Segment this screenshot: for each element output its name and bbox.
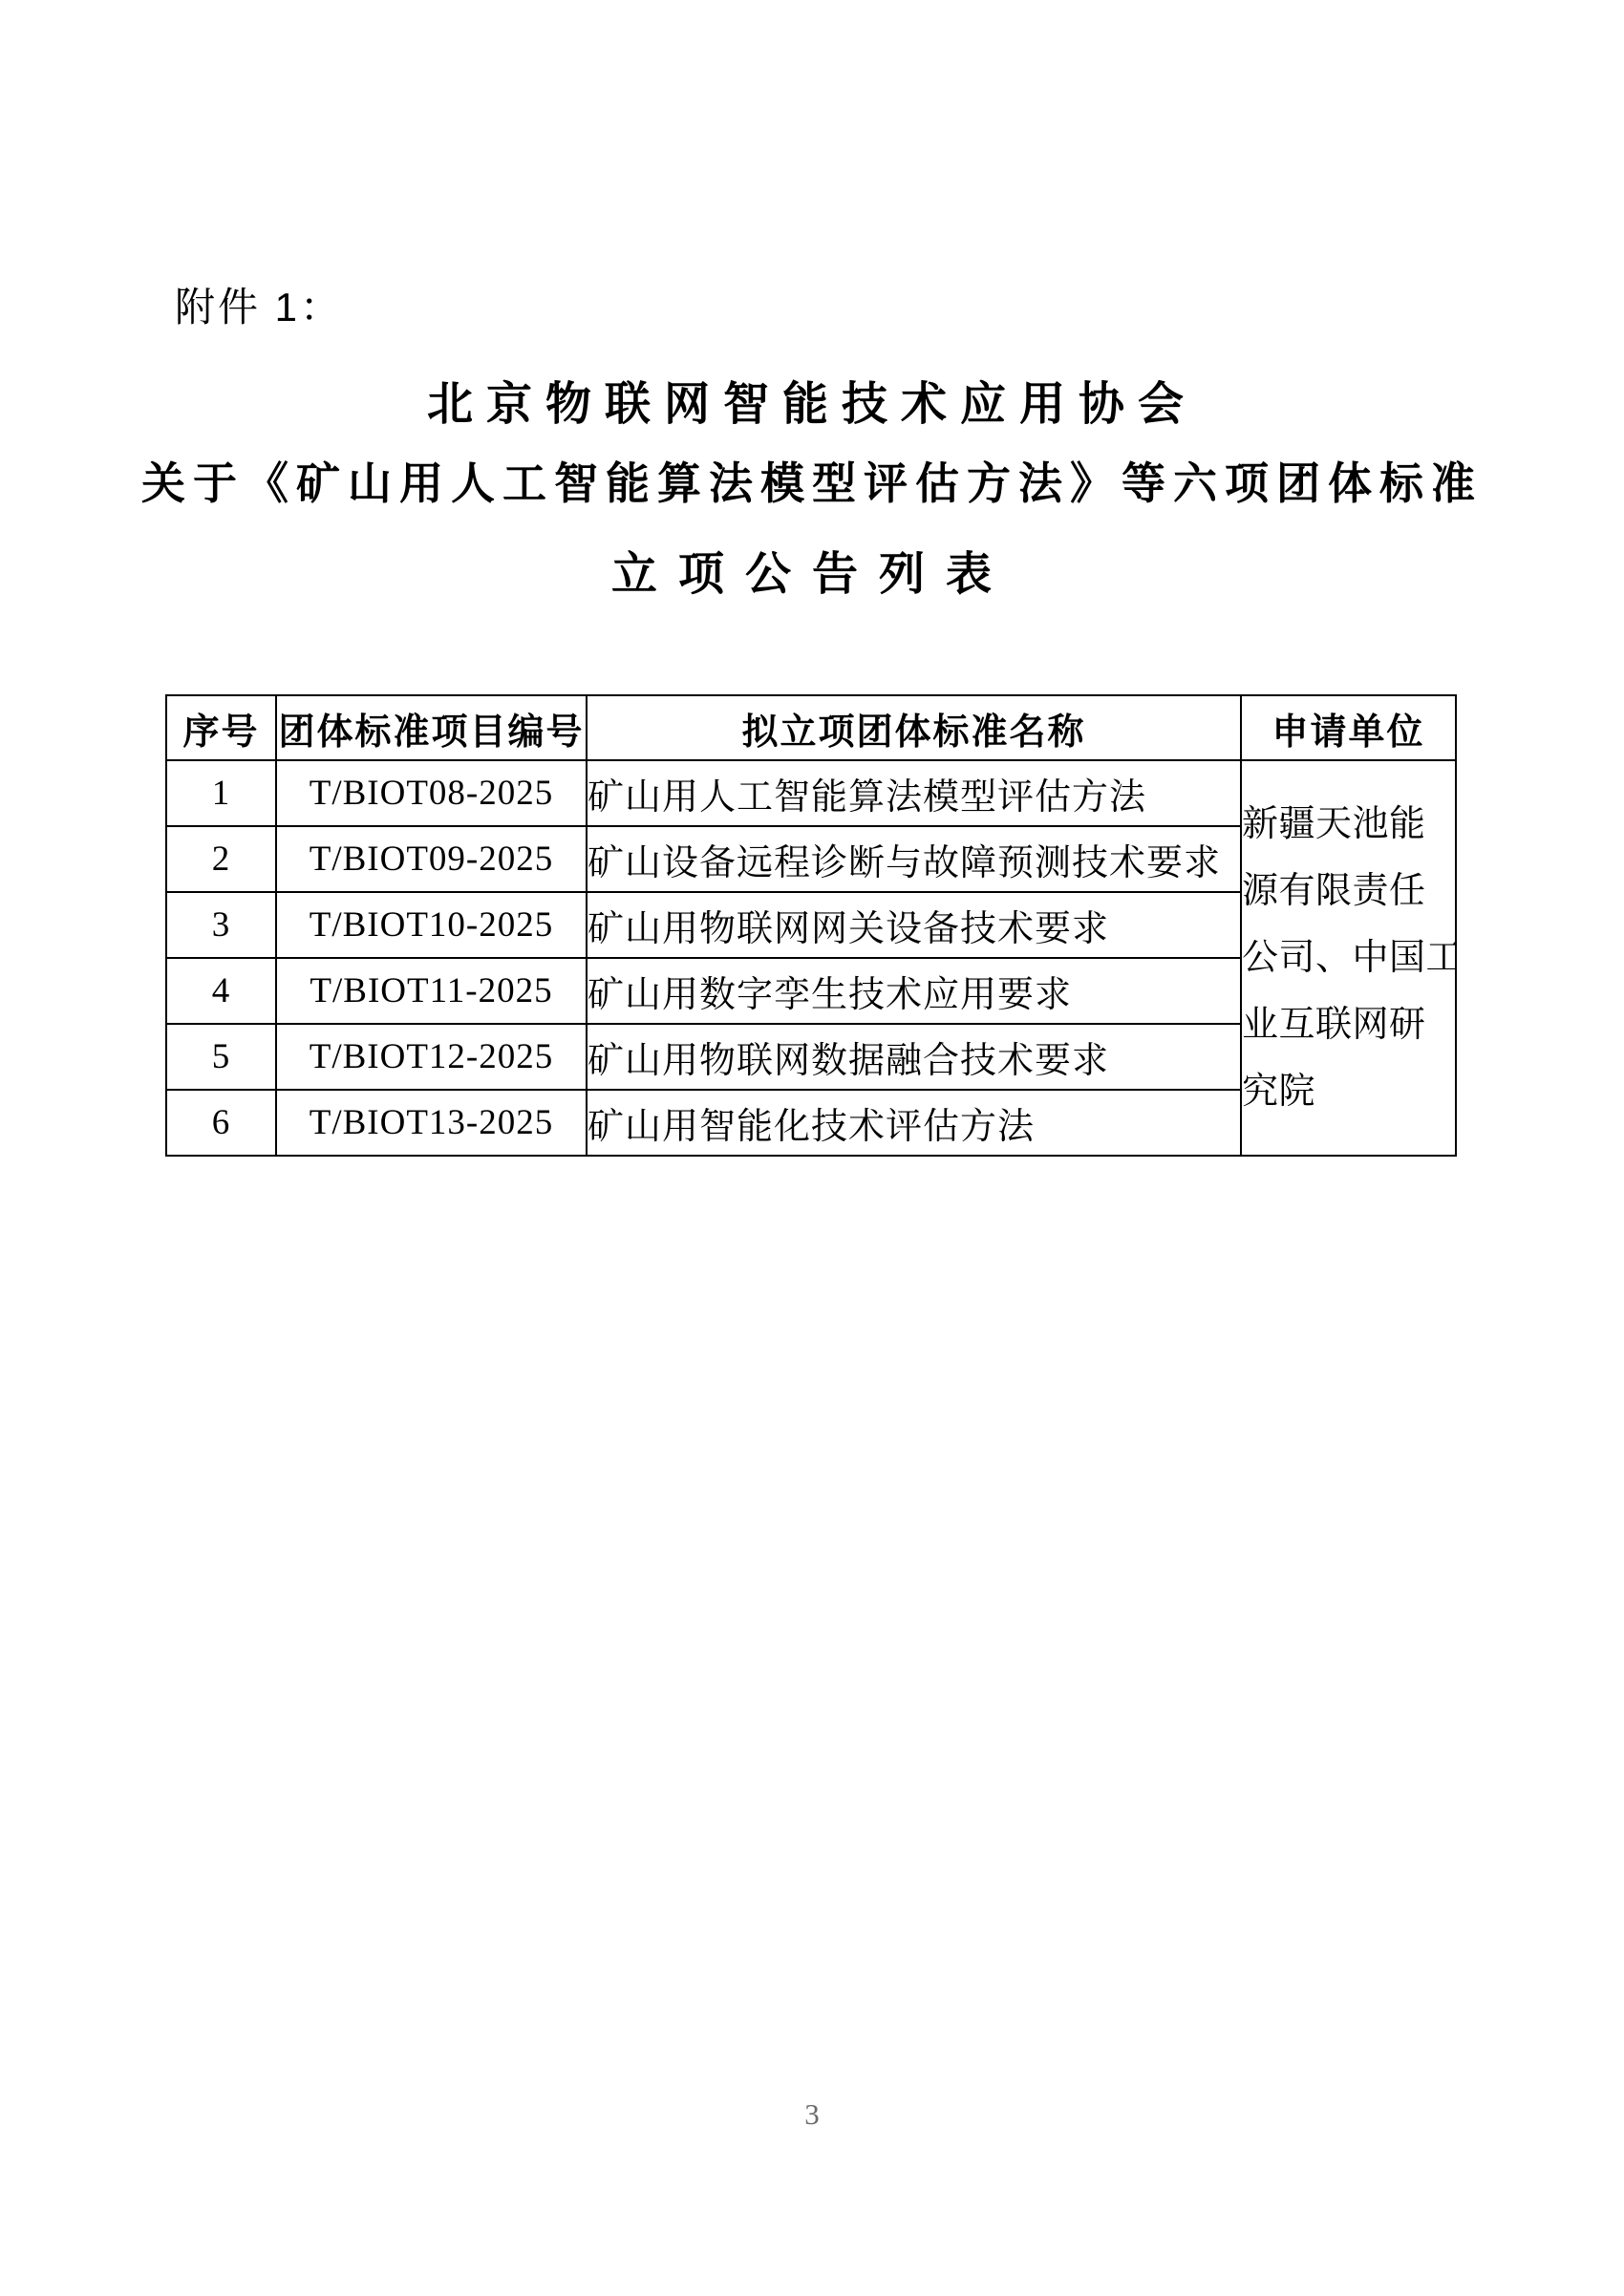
- cell-standard-code: T/BIOT13-2025: [276, 1090, 587, 1156]
- cell-standard-code: T/BIOT11-2025: [276, 958, 587, 1024]
- table-row: 1 T/BIOT08-2025 矿山用人工智能算法模型评估方法 新疆天池能 源有…: [166, 760, 1456, 826]
- applicant-line: 公司、中国工: [1242, 925, 1455, 991]
- applicant-line: 新疆天池能: [1242, 791, 1455, 858]
- document-page: 附件 1： 北京物联网智能技术应用协会 关于《矿山用人工智能算法模型评估方法》等…: [0, 0, 1624, 2296]
- table-header-row: 序号 团体标准项目编号 拟立项团体标准名称 申请单位: [166, 695, 1456, 760]
- cell-standard-name: 矿山用人工智能算法模型评估方法: [587, 760, 1241, 826]
- page-number: 3: [0, 2097, 1624, 2132]
- cell-row-no: 2: [166, 826, 276, 892]
- applicant-line: 究院: [1242, 1058, 1455, 1125]
- applicant-line: 源有限责任: [1242, 858, 1455, 925]
- cell-row-no: 1: [166, 760, 276, 826]
- cell-standard-name: 矿山设备远程诊断与故障预测技术要求: [587, 826, 1241, 892]
- cell-standard-code: T/BIOT12-2025: [276, 1024, 587, 1090]
- cell-standard-name: 矿山用数字孪生技术应用要求: [587, 958, 1241, 1024]
- cell-applicant-merged: 新疆天池能 源有限责任 公司、中国工 业互联网研 究院: [1241, 760, 1456, 1156]
- standards-table: 序号 团体标准项目编号 拟立项团体标准名称 申请单位 1 T/BIOT08-20…: [165, 694, 1457, 1157]
- doc-title-line-1: 北京物联网智能技术应用协会: [0, 367, 1624, 433]
- cell-standard-name: 矿山用物联网网关设备技术要求: [587, 892, 1241, 958]
- doc-title-line-3: 立项公告列表: [0, 537, 1624, 603]
- cell-standard-code: T/BIOT10-2025: [276, 892, 587, 958]
- cell-row-no: 4: [166, 958, 276, 1024]
- applicant-line: 业互联网研: [1242, 991, 1455, 1058]
- cell-standard-code: T/BIOT09-2025: [276, 826, 587, 892]
- col-header-name: 拟立项团体标准名称: [587, 695, 1241, 760]
- doc-title-line-2: 关于《矿山用人工智能算法模型评估方法》等六项团体标准: [0, 449, 1624, 512]
- cell-standard-code: T/BIOT08-2025: [276, 760, 587, 826]
- col-header-no: 序号: [166, 695, 276, 760]
- cell-row-no: 3: [166, 892, 276, 958]
- cell-row-no: 5: [166, 1024, 276, 1090]
- cell-row-no: 6: [166, 1090, 276, 1156]
- cell-standard-name: 矿山用物联网数据融合技术要求: [587, 1024, 1241, 1090]
- col-header-code: 团体标准项目编号: [276, 695, 587, 760]
- col-header-applicant: 申请单位: [1241, 695, 1456, 760]
- cell-standard-name: 矿山用智能化技术评估方法: [587, 1090, 1241, 1156]
- attachment-label: 附件 1：: [175, 283, 343, 332]
